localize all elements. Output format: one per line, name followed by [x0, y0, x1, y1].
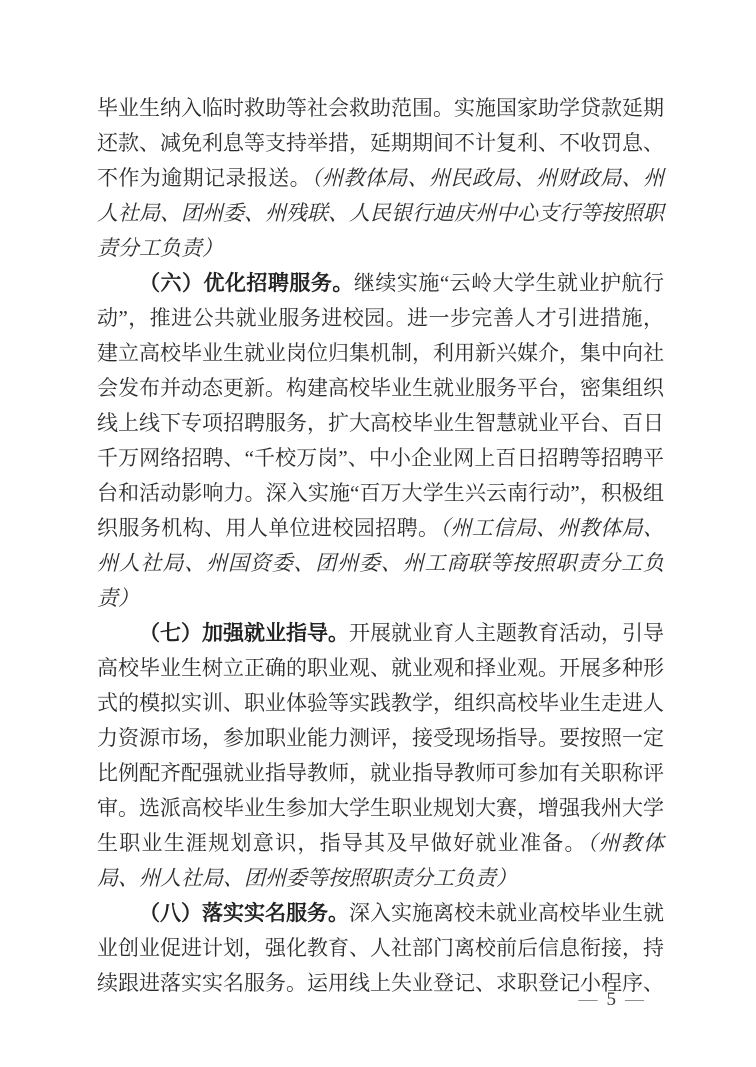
- page-number-value: 5: [607, 989, 617, 1010]
- text-run-body: 开展就业育人主题教育活动，引导高校毕业生树立正确的职业观、就业观和择业观。开展多…: [97, 621, 664, 855]
- text-run-head: （七）加强就业指导。: [139, 621, 349, 645]
- text-run-head: （六）优化招聘服务。: [139, 271, 354, 295]
- para-continuation-social-assistance: 毕业生纳入临时救助等社会救助范围。实施国家助学贷款延期还款、减免利息等支持举措，…: [97, 91, 664, 266]
- para-item-6-recruitment-services: （六）优化招聘服务。继续实施“云岭大学生就业护航行动”，推进公共就业服务进校园。…: [97, 266, 664, 616]
- page-number: —5—: [579, 989, 645, 1011]
- para-item-8-real-name-services: （八）落实实名服务。深入实施离校未就业高校毕业生就业创业促进计划，强化教育、人社…: [97, 896, 664, 1001]
- document-body: 毕业生纳入临时救助等社会救助范围。实施国家助学贷款延期还款、减免利息等支持举措，…: [97, 91, 664, 1001]
- text-run-head: （八）落实实名服务。: [139, 901, 349, 925]
- document-page: 毕业生纳入临时救助等社会救助范围。实施国家助学贷款延期还款、减免利息等支持举措，…: [0, 0, 756, 1067]
- page-number-right-dash: —: [625, 989, 644, 1010]
- page-number-left-dash: —: [579, 989, 598, 1010]
- para-item-7-employment-guidance: （七）加强就业指导。开展就业育人主题教育活动，引导高校毕业生树立正确的职业观、就…: [97, 616, 664, 896]
- text-run-body: 继续实施“云岭大学生就业护航行动”，推进公共就业服务进校园。进一步完善人才引进措…: [97, 271, 664, 540]
